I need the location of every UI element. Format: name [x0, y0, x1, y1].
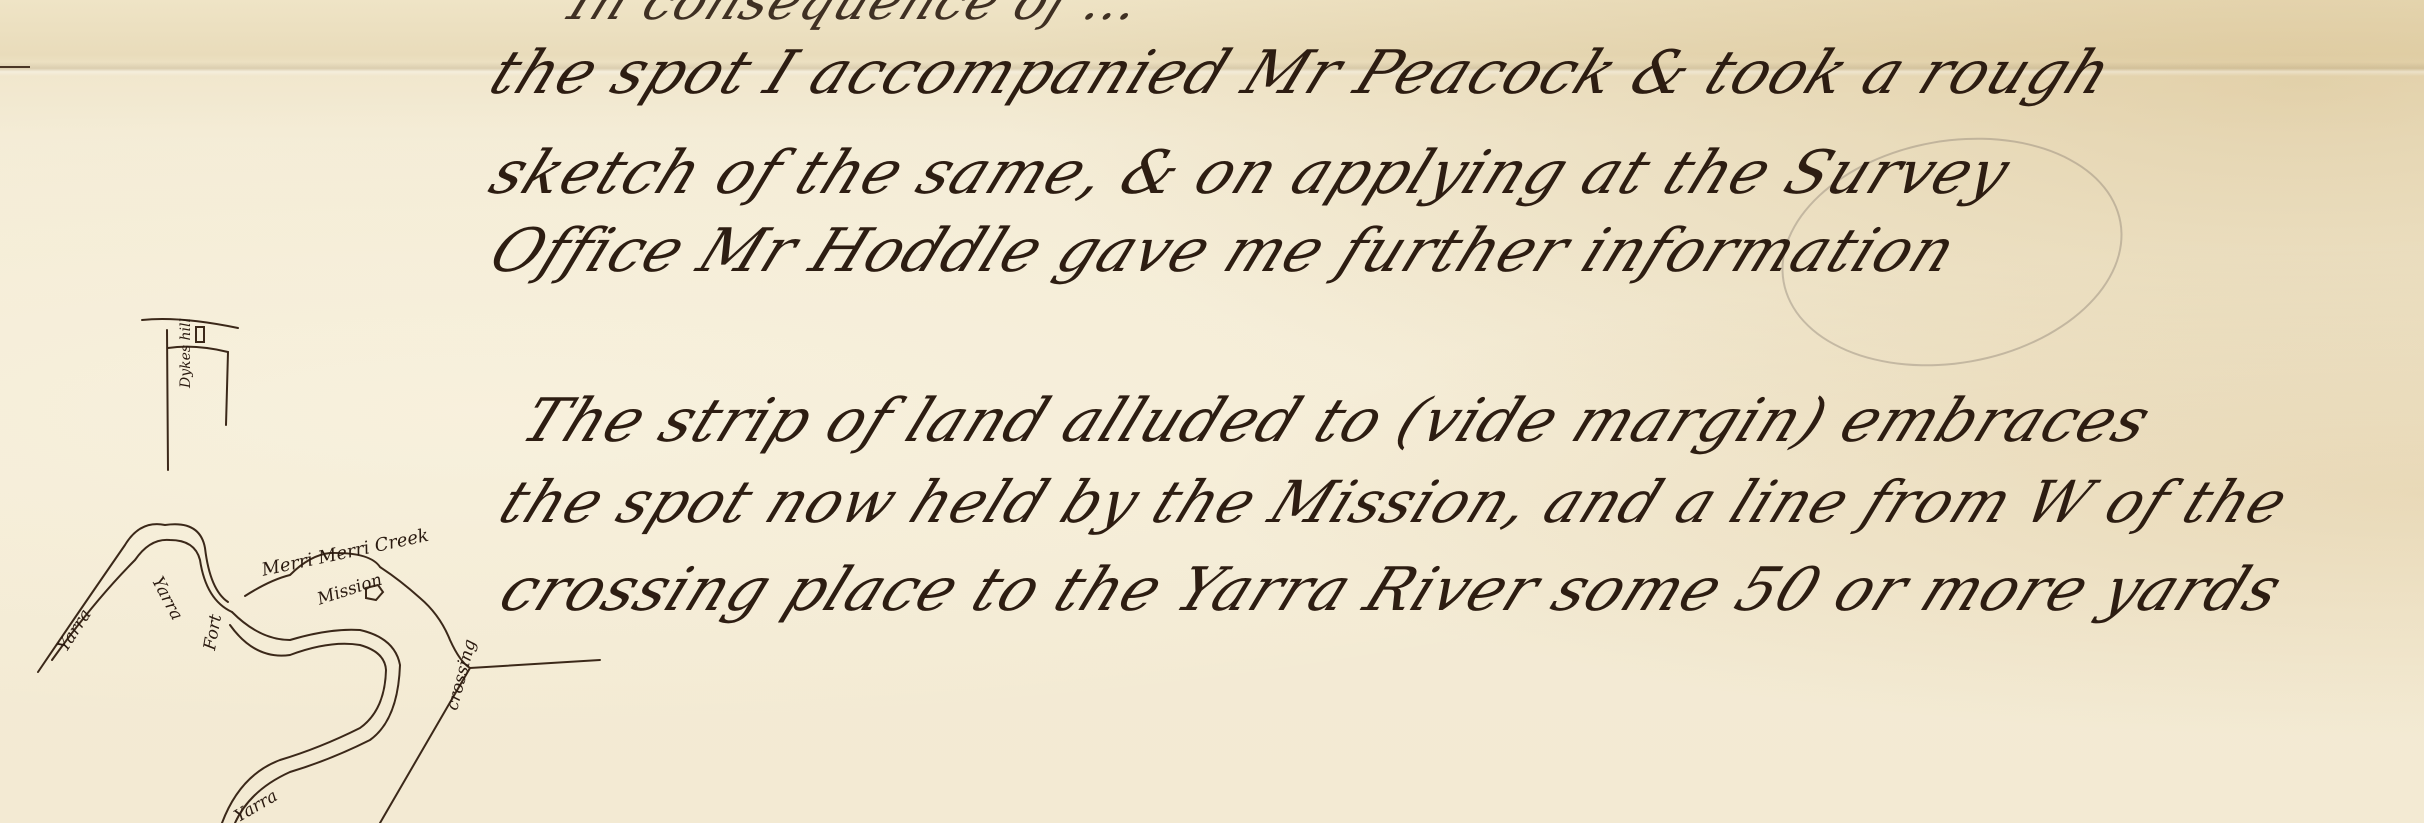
- text-line-0: In consequence of ...: [560, 0, 1151, 32]
- text-line-4: The strip of land alluded to (vide margi…: [512, 386, 2161, 456]
- map-boundary-box: [167, 330, 228, 470]
- text-line-2: sketch of the same, & on applying at the…: [480, 138, 2021, 208]
- text-line-6: crossing place to the Yarra River some 5…: [490, 555, 2293, 625]
- text-line-1: the spot I accompanied Mr Peacock & took…: [480, 38, 2122, 108]
- text-line-5: the spot now held by the Mission, and a …: [490, 468, 2299, 536]
- map-label-top-box: Dykes hill: [178, 318, 194, 388]
- manuscript-page: Yarra Yarra Yarra Merri Merri Creek Miss…: [0, 0, 2424, 823]
- hut-icon: [196, 327, 204, 342]
- text-line-3: Office Mr Hoddle gave me further informa…: [480, 216, 1967, 286]
